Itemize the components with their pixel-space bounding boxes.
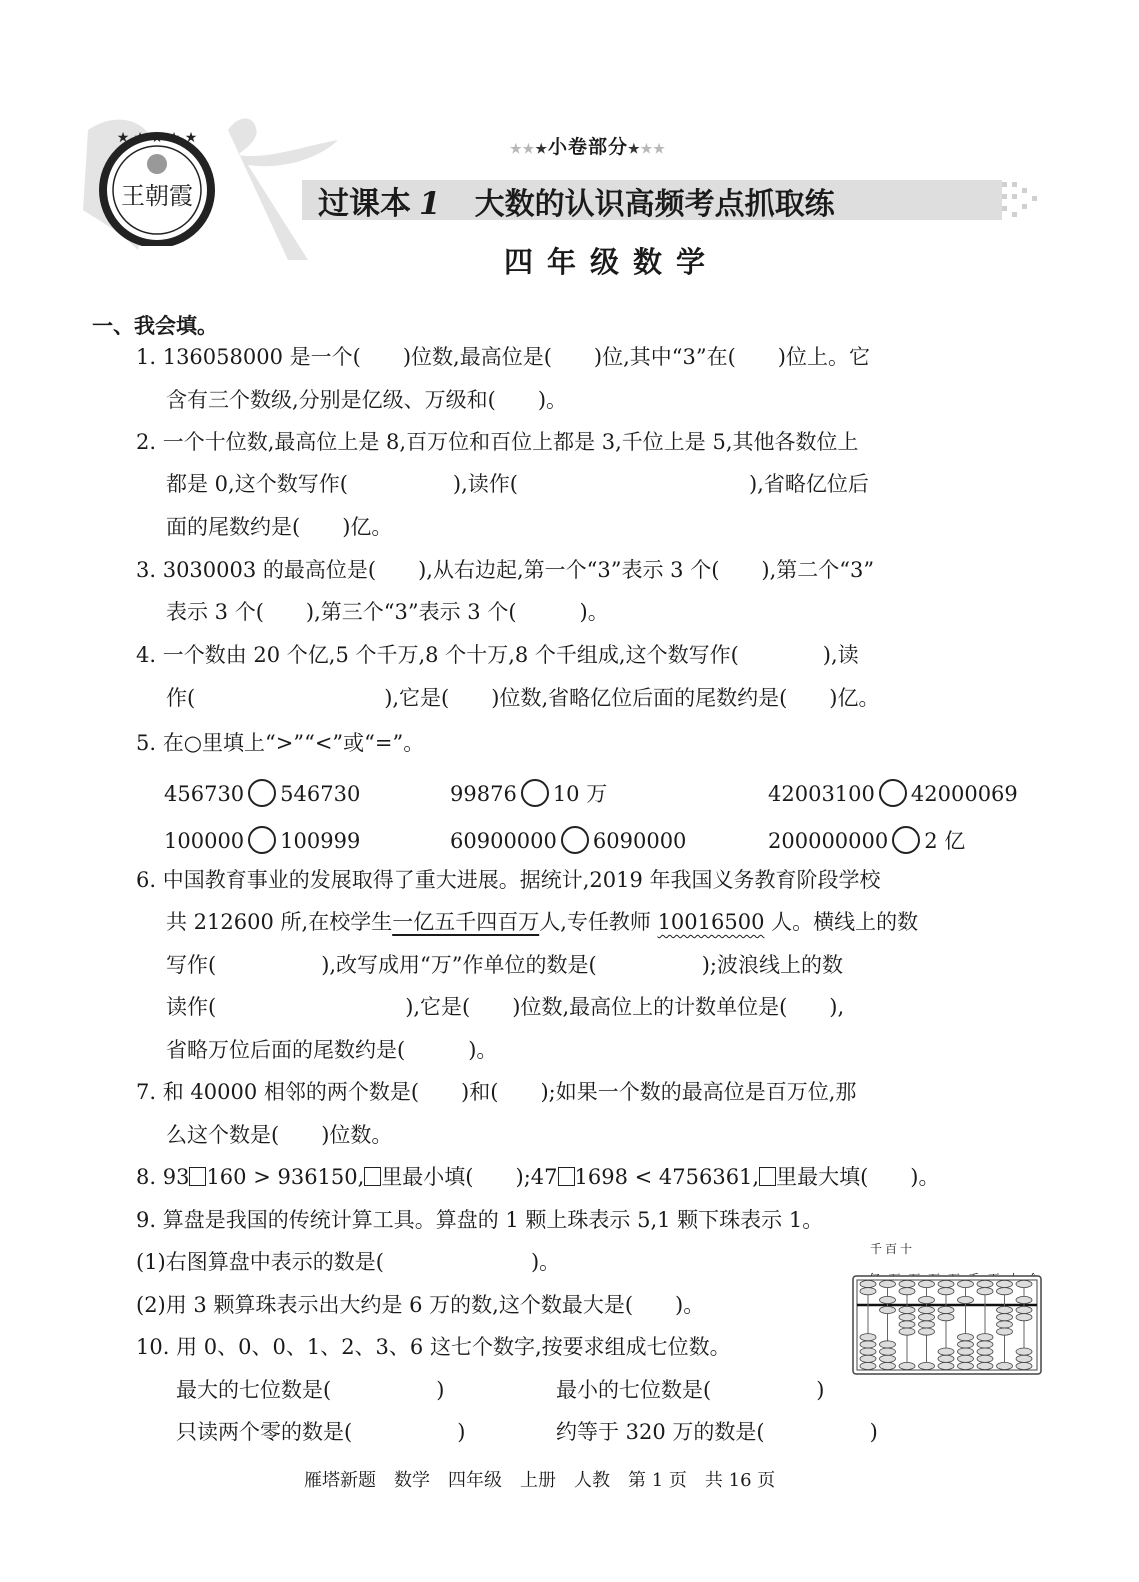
- question-1-line-1: 1. 136058000 是一个( )位数,最高位是( )位,其中“3”在( )…: [136, 347, 870, 368]
- series-label: ★★★小卷部分★★★: [510, 132, 666, 159]
- question-9-line-1: 9. 算盘是我国的传统计算工具。算盘的 1 颗上珠表示 5,1 颗下珠表示 1。: [136, 1210, 823, 1231]
- question-4-line-1: 4. 一个数由 20 个亿,5 个千万,8 个十万,8 个千组成,这个数写作( …: [136, 645, 859, 666]
- comparison-4: 100000100999: [164, 826, 360, 854]
- compare-circle[interactable]: [521, 779, 549, 807]
- question-3-line-2: 表示 3 个( ),第三个“3”表示 3 个( )。: [166, 602, 609, 623]
- question-2-line-2: 都是 0,这个数写作( ),读作( ),省略亿位后: [166, 474, 869, 495]
- page-footer: 雁塔新题 数学 四年级 上册 人教 第 1 页 共 16 页: [304, 1466, 775, 1492]
- section-heading: 一、我会填。: [92, 310, 218, 340]
- compare-circle[interactable]: [248, 826, 276, 854]
- question-10-part-d: 约等于 320 万的数是( ): [556, 1422, 878, 1443]
- question-10-part-a: 最大的七位数是( ): [176, 1380, 444, 1401]
- subject-heading: 四年级数学: [504, 240, 719, 281]
- comparison-2: 9987610 万: [450, 779, 607, 807]
- question-4-line-2: 作( ),它是( )位数,省略亿位后面的尾数约是( )亿。: [166, 688, 880, 709]
- question-6-line-3: 写作( ),改写成用“万”作单位的数是( );波浪线上的数: [166, 955, 843, 976]
- svg-text:★ ★ ★ ★ ★: ★ ★ ★ ★ ★: [117, 130, 198, 146]
- compare-circle[interactable]: [248, 779, 276, 807]
- question-2-line-3: 面的尾数约是( )亿。: [166, 517, 392, 538]
- compare-circle[interactable]: [879, 779, 907, 807]
- abacus-labels-top: 千百十: [870, 1240, 915, 1257]
- question-7-line-1: 7. 和 40000 相邻的两个数是( )和( );如果一个数的最高位是百万位,…: [136, 1082, 856, 1103]
- comparison-3: 4200310042000069: [768, 779, 1018, 807]
- question-5-prompt: 5. 在○里填上“>”“<”或“=”。: [136, 733, 424, 754]
- question-9-sub-2: (2)用 3 颗算珠表示出大约是 6 万的数,这个数最大是( )。: [136, 1295, 704, 1316]
- question-6-line-5: 省略万位后面的尾数约是( )。: [166, 1040, 497, 1061]
- question-7-line-2: 么这个数是( )位数。: [166, 1125, 392, 1146]
- compare-circle[interactable]: [892, 826, 920, 854]
- question-9-sub-1: (1)右图算盘中表示的数是( )。: [136, 1252, 560, 1273]
- question-2-line-1: 2. 一个十位数,最高位上是 8,百万位和百位上都是 3,千位上是 5,其他各数…: [136, 432, 859, 453]
- question-3-line-1: 3. 3030003 的最高位是( ),从右边起,第一个“3”表示 3 个( )…: [136, 560, 874, 581]
- question-10-line-1: 10. 用 0、0、0、1、2、3、6 这七个数字,按要求组成七位数。: [136, 1337, 731, 1358]
- blank-box[interactable]: [558, 1167, 575, 1186]
- page-title: 过课本1大数的认识高频考点抓取练: [318, 178, 835, 223]
- comparison-5: 609000006090000: [450, 826, 686, 854]
- blank-box[interactable]: [189, 1167, 206, 1186]
- compare-circle[interactable]: [561, 826, 589, 854]
- question-6-line-1: 6. 中国教育事业的发展取得了重大进展。据统计,2019 年我国义务教育阶段学校: [136, 870, 881, 891]
- svg-text:王朝霞: 王朝霞: [121, 182, 193, 210]
- question-1-line-2: 含有三个数级,分别是亿级、万级和( )。: [166, 390, 567, 411]
- question-6-line-2: 共 212600 所,在校学生一亿五千四百万人,专任教师 10016500 人。…: [166, 912, 918, 933]
- dot-pattern-decoration: [1000, 180, 1040, 220]
- abacus-diagram: [852, 1275, 1042, 1375]
- comparison-6: 2000000002 亿: [768, 826, 965, 854]
- underlined-number: 一亿五千四百万: [392, 910, 539, 934]
- blank-box: [759, 1167, 776, 1186]
- question-10-part-c: 只读两个零的数是( ): [176, 1422, 465, 1443]
- comparison-1: 456730546730: [164, 779, 360, 807]
- question-8: 8. 93160 > 936150,里最小填( );471698 < 47563…: [136, 1167, 939, 1188]
- wavy-underlined-number: 10016500: [658, 910, 765, 934]
- logo-icon: 王朝霞 ★ ★ ★ ★ ★: [98, 128, 216, 246]
- question-10-part-b: 最小的七位数是( ): [556, 1380, 824, 1401]
- blank-box: [364, 1167, 381, 1186]
- question-6-line-4: 读作( ),它是( )位数,最高位上的计数单位是( ),: [166, 997, 844, 1018]
